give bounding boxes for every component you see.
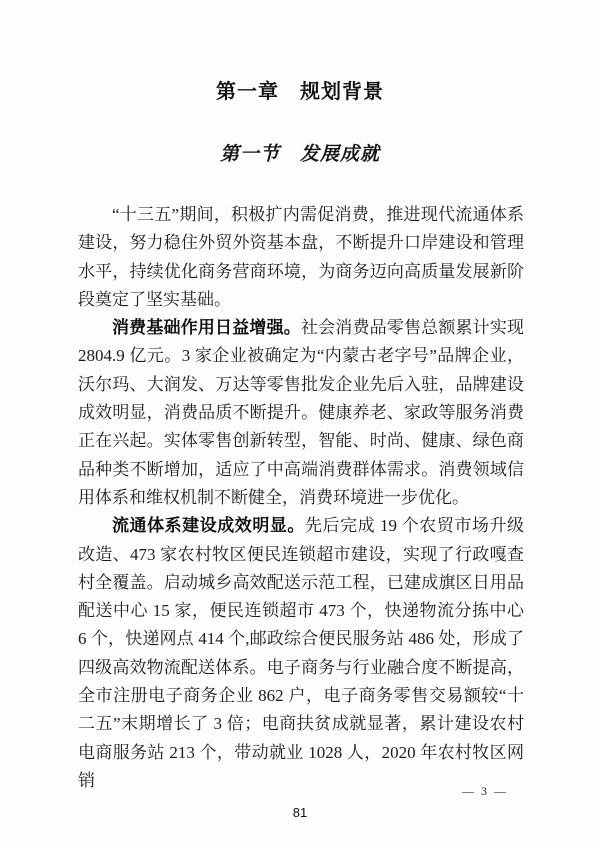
section-title: 第一节 发展成就: [0, 143, 600, 167]
document-body: “十三五”期间，积极扩内需促消费，推进现代流通体系建设，努力稳住外贸外资基本盘，…: [78, 201, 524, 795]
pdf-page-number: 81: [0, 805, 600, 820]
paragraph-consumption-lead: 消费基础作用日益增强。: [112, 318, 301, 337]
paragraph-consumption: 消费基础作用日益增强。社会消费品零售总额累计实现 2804.9 亿元。3 家企业…: [78, 314, 524, 512]
paragraph-intro-text: “十三五”期间，积极扩内需促消费，推进现代流通体系建设，努力稳住外贸外资基本盘，…: [78, 205, 524, 309]
document-page: 第一章 规划背景 第一节 发展成就 “十三五”期间，积极扩内需促消费，推进现代流…: [0, 0, 600, 848]
paragraph-consumption-text: 社会消费品零售总额累计实现 2804.9 亿元。3 家企业被确定为“内蒙古老字号…: [78, 318, 524, 507]
chapter-title: 第一章 规划背景: [0, 79, 600, 105]
document-page-number: — 3 —: [462, 784, 508, 799]
paragraph-intro: “十三五”期间，积极扩内需促消费，推进现代流通体系建设，努力稳住外贸外资基本盘，…: [78, 201, 524, 314]
paragraph-circulation: 流通体系建设成效明显。先后完成 19 个农贸市场升级改造、473 家农村牧区便民…: [78, 512, 524, 795]
paragraph-circulation-text: 先后完成 19 个农贸市场升级改造、473 家农村牧区便民连锁超市建设，实现了行…: [78, 516, 524, 790]
paragraph-circulation-lead: 流通体系建设成效明显。: [112, 516, 305, 535]
